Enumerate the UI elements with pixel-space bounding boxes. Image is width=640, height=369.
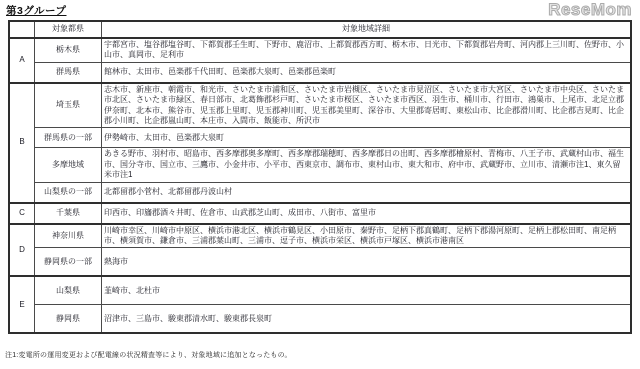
table-row: E山梨県韮崎市、北杜市 — [9, 276, 631, 305]
table-row: B埼玉県志木市、新座市、朝霞市、和光市、さいたま市浦和区、さいたま市岩槻区、さい… — [9, 83, 631, 128]
region-table-body: A栃木県宇都宮市、塩谷郡塩谷町、下都賀郡壬生町、下野市、鹿沼市、上都賀郡西方町、… — [9, 38, 631, 333]
table-row: 静岡県の一部熱海市 — [9, 248, 631, 277]
table-row: C千葉県印西市、印旛郡酒々井町、佐倉市、山武郡芝山町、成田市、八街市、富里市 — [9, 203, 631, 224]
prefecture-cell: 千葉県 — [35, 203, 102, 224]
prefecture-cell: 埼玉県 — [35, 83, 102, 128]
table-row: 静岡県沼津市、三島市、駿東郡清水町、駿東郡長泉町 — [9, 305, 631, 334]
page-title: 第3グループ — [6, 3, 67, 18]
table-row: 群馬県の一部伊勢崎市、太田市、邑楽郡大泉町 — [9, 128, 631, 148]
prefecture-cell: 静岡県の一部 — [35, 248, 102, 277]
detail-cell: 熱海市 — [102, 248, 632, 277]
prefecture-column-header: 対象都県 — [35, 21, 102, 38]
detail-cell: 沼津市、三島市、駿東郡清水町、駿東郡長泉町 — [102, 305, 632, 334]
detail-cell: 韮崎市、北杜市 — [102, 276, 632, 305]
detail-cell: 印西市、印旛郡酒々井町、佐倉市、山武郡芝山町、成田市、八街市、富里市 — [102, 203, 632, 224]
table-row: A栃木県宇都宮市、塩谷郡塩谷町、下都賀郡壬生町、下野市、鹿沼市、上都賀郡西方町、… — [9, 38, 631, 62]
detail-cell: あきる野市、羽村市、昭島市、西多摩郡奥多摩町、西多摩郡瑞穂町、西多摩郡日の出町、… — [102, 148, 632, 182]
detail-cell: 川崎市幸区、川崎市中原区、横浜市港北区、横浜市鶴見区、小田原市、秦野市、足柄下郡… — [102, 224, 632, 248]
detail-column-header: 対象地域詳細 — [102, 21, 632, 38]
prefecture-cell: 多摩地域 — [35, 148, 102, 182]
detail-cell: 伊勢崎市、太田市、邑楽郡大泉町 — [102, 128, 632, 148]
table-row: 山梨県の一部北都留郡小菅村、北都留郡丹波山村 — [9, 182, 631, 203]
footnote: 注1:変電所の運用変更および配電線の状況精査等により、対象地域に追加となったもの… — [5, 350, 292, 360]
group-column-header — [9, 21, 35, 38]
group-label: A — [9, 38, 35, 83]
prefecture-cell: 栃木県 — [35, 38, 102, 62]
table-header-row: 対象都県 対象地域詳細 — [9, 21, 631, 38]
detail-cell: 宇都宮市、塩谷郡塩谷町、下都賀郡壬生町、下野市、鹿沼市、上都賀郡西方町、栃木市、… — [102, 38, 632, 62]
prefecture-cell: 静岡県 — [35, 305, 102, 334]
detail-cell: 館林市、太田市、邑楽郡千代田町、邑楽郡大泉町、邑楽郡邑楽町 — [102, 62, 632, 83]
prefecture-cell: 群馬県の一部 — [35, 128, 102, 148]
group-label: C — [9, 203, 35, 224]
group-label: D — [9, 224, 35, 277]
detail-cell: 北都留郡小菅村、北都留郡丹波山村 — [102, 182, 632, 203]
prefecture-cell: 神奈川県 — [35, 224, 102, 248]
group-label: B — [9, 83, 35, 203]
resemom-logo: ReseMom — [548, 0, 632, 20]
region-table: 対象都県 対象地域詳細 A栃木県宇都宮市、塩谷郡塩谷町、下都賀郡壬生町、下野市、… — [8, 20, 632, 334]
document-page: 第3グループ ReseMom 対象都県 対象地域詳細 A栃木県宇都宮市、塩谷郡塩… — [0, 0, 640, 369]
prefecture-cell: 山梨県の一部 — [35, 182, 102, 203]
prefecture-cell: 山梨県 — [35, 276, 102, 305]
group-label: E — [9, 276, 35, 333]
prefecture-cell: 群馬県 — [35, 62, 102, 83]
table-row: 多摩地域あきる野市、羽村市、昭島市、西多摩郡奥多摩町、西多摩郡瑞穂町、西多摩郡日… — [9, 148, 631, 182]
detail-cell: 志木市、新座市、朝霞市、和光市、さいたま市浦和区、さいたま市岩槻区、さいたま市見… — [102, 83, 632, 128]
table-row: 群馬県館林市、太田市、邑楽郡千代田町、邑楽郡大泉町、邑楽郡邑楽町 — [9, 62, 631, 83]
table-row: D神奈川県川崎市幸区、川崎市中原区、横浜市港北区、横浜市鶴見区、小田原市、秦野市… — [9, 224, 631, 248]
